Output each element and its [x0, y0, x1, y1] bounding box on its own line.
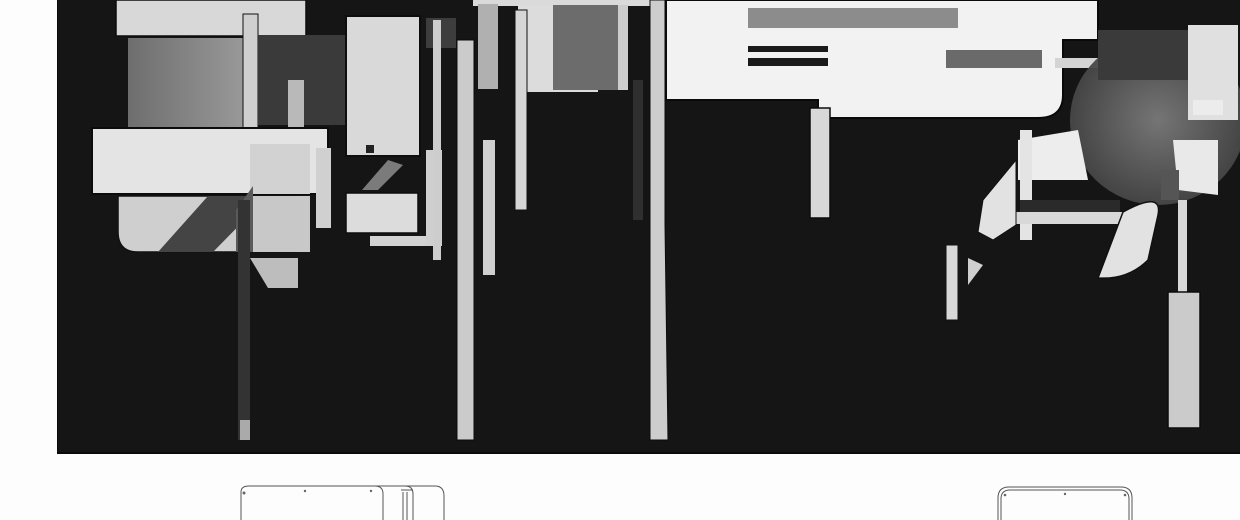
- rounded-frame-outline: [995, 484, 1140, 520]
- panel-line-drawing-left: [235, 482, 450, 520]
- frame-line-drawing-right: [995, 484, 1140, 520]
- layered-panel-outline: [235, 482, 450, 520]
- document-page: [0, 0, 1240, 520]
- model-photo-image: [58, 0, 1240, 452]
- model-photograph: [57, 0, 1240, 454]
